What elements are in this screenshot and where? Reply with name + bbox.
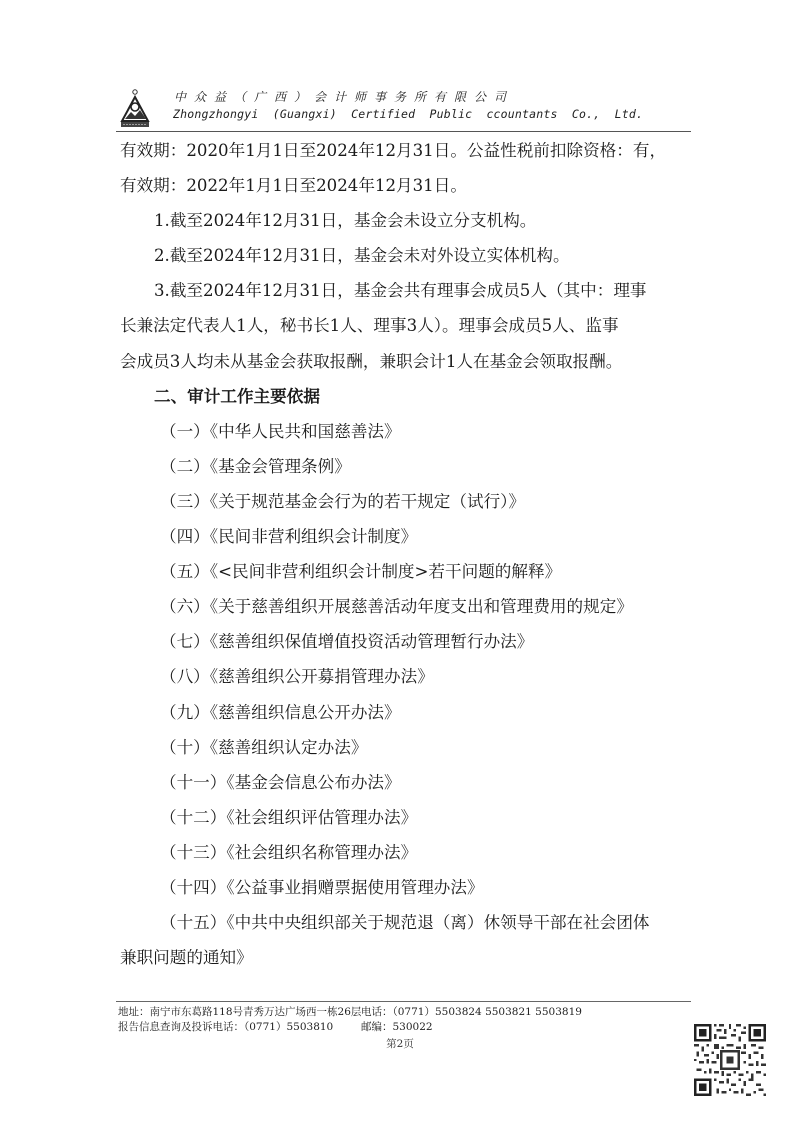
basis-item-1: （一）《中华人民共和国慈善法》 [120, 414, 692, 449]
footer-address: 地址：南宁市东葛路118号青秀万达广场西一栋26层 [118, 1005, 361, 1020]
basis-item-9: （九）《慈善组织信息公开办法》 [120, 695, 692, 730]
validity-line-1: 有效期：2020年1月1日至2024年12月31日。公益性税前扣除资格：有， [120, 133, 692, 168]
footer-complaint-phone: 报告信息查询及投诉电话：（0771）5503810 [118, 1020, 333, 1035]
basis-item-8: （八）《慈善组织公开募捐管理办法》 [120, 659, 692, 694]
basis-item-12: （十二）《社会组织评估管理办法》 [120, 800, 692, 835]
footer-postcode: 邮编：530022 [361, 1020, 433, 1035]
basis-item-10: （十）《慈善组织认定办法》 [120, 730, 692, 765]
basis-item-11: （十一）《基金会信息公布办法》 [120, 765, 692, 800]
footer-phone: 电话：（0771）5503824 5503821 5503819 [361, 1005, 582, 1020]
validity-line-2: 有效期：2022年1月1日至2024年12月31日。 [120, 168, 692, 203]
footer: 地址：南宁市东葛路118号青秀万达广场西一栋26层 电话：（0771）55038… [118, 1005, 698, 1035]
document-body: 有效期：2020年1月1日至2024年12月31日。公益性税前扣除资格：有， 有… [120, 133, 692, 975]
page-number: 第2页 [0, 1036, 800, 1051]
header-divider [116, 131, 691, 132]
item-2: 2.截至2024年12月31日，基金会未对外设立实体机构。 [120, 238, 692, 273]
basis-item-3: （三）《关于规范基金会行为的若干规定（试行）》 [120, 484, 692, 519]
firm-logo-icon [120, 88, 150, 128]
company-name-en: Zhongzhongyi (Guangxi) Certified Public … [173, 107, 643, 121]
item-3-line-3: 会成员3人均未从基金会获取报酬，兼职会计1人在基金会领取报酬。 [120, 344, 692, 379]
basis-item-15-line-2: 兼职问题的通知》 [120, 940, 692, 975]
basis-item-2: （二）《基金会管理条例》 [120, 449, 692, 484]
basis-item-13: （十三）《社会组织名称管理办法》 [120, 835, 692, 870]
section-title: 二、审计工作主要依据 [120, 379, 692, 414]
basis-item-14: （十四）《公益事业捐赠票据使用管理办法》 [120, 870, 692, 905]
item-3-line-2: 长兼法定代表人1人，秘书长1人、理事3人）。理事会成员5人、监事 [120, 308, 692, 343]
item-1: 1.截至2024年12月31日，基金会未设立分支机构。 [120, 203, 692, 238]
basis-item-6: （六）《关于慈善组织开展慈善活动年度支出和管理费用的规定》 [120, 589, 692, 624]
basis-item-4: （四）《民间非营利组织会计制度》 [120, 519, 692, 554]
basis-item-5: （五）《<民间非营利组织会计制度>若干问题的解释》 [120, 554, 692, 589]
footer-row-2: 报告信息查询及投诉电话：（0771）5503810 邮编：530022 [118, 1020, 698, 1035]
qr-code-icon [694, 1024, 766, 1096]
company-name-cn: 中众益（广西）会计师事务所有限公司 [174, 88, 514, 105]
footer-divider [116, 1001, 691, 1002]
basis-item-7: （七）《慈善组织保值增值投资活动管理暂行办法》 [120, 624, 692, 659]
footer-row-1: 地址：南宁市东葛路118号青秀万达广场西一栋26层 电话：（0771）55038… [118, 1005, 698, 1020]
basis-item-15-line-1: （十五）《中共中央组织部关于规范退（离）休领导干部在社会团体 [120, 905, 692, 940]
item-3-line-1: 3.截至2024年12月31日，基金会共有理事会成员5人（其中：理事 [120, 273, 692, 308]
letterhead: 中众益（广西）会计师事务所有限公司 Zhongzhongyi (Guangxi)… [116, 88, 690, 130]
